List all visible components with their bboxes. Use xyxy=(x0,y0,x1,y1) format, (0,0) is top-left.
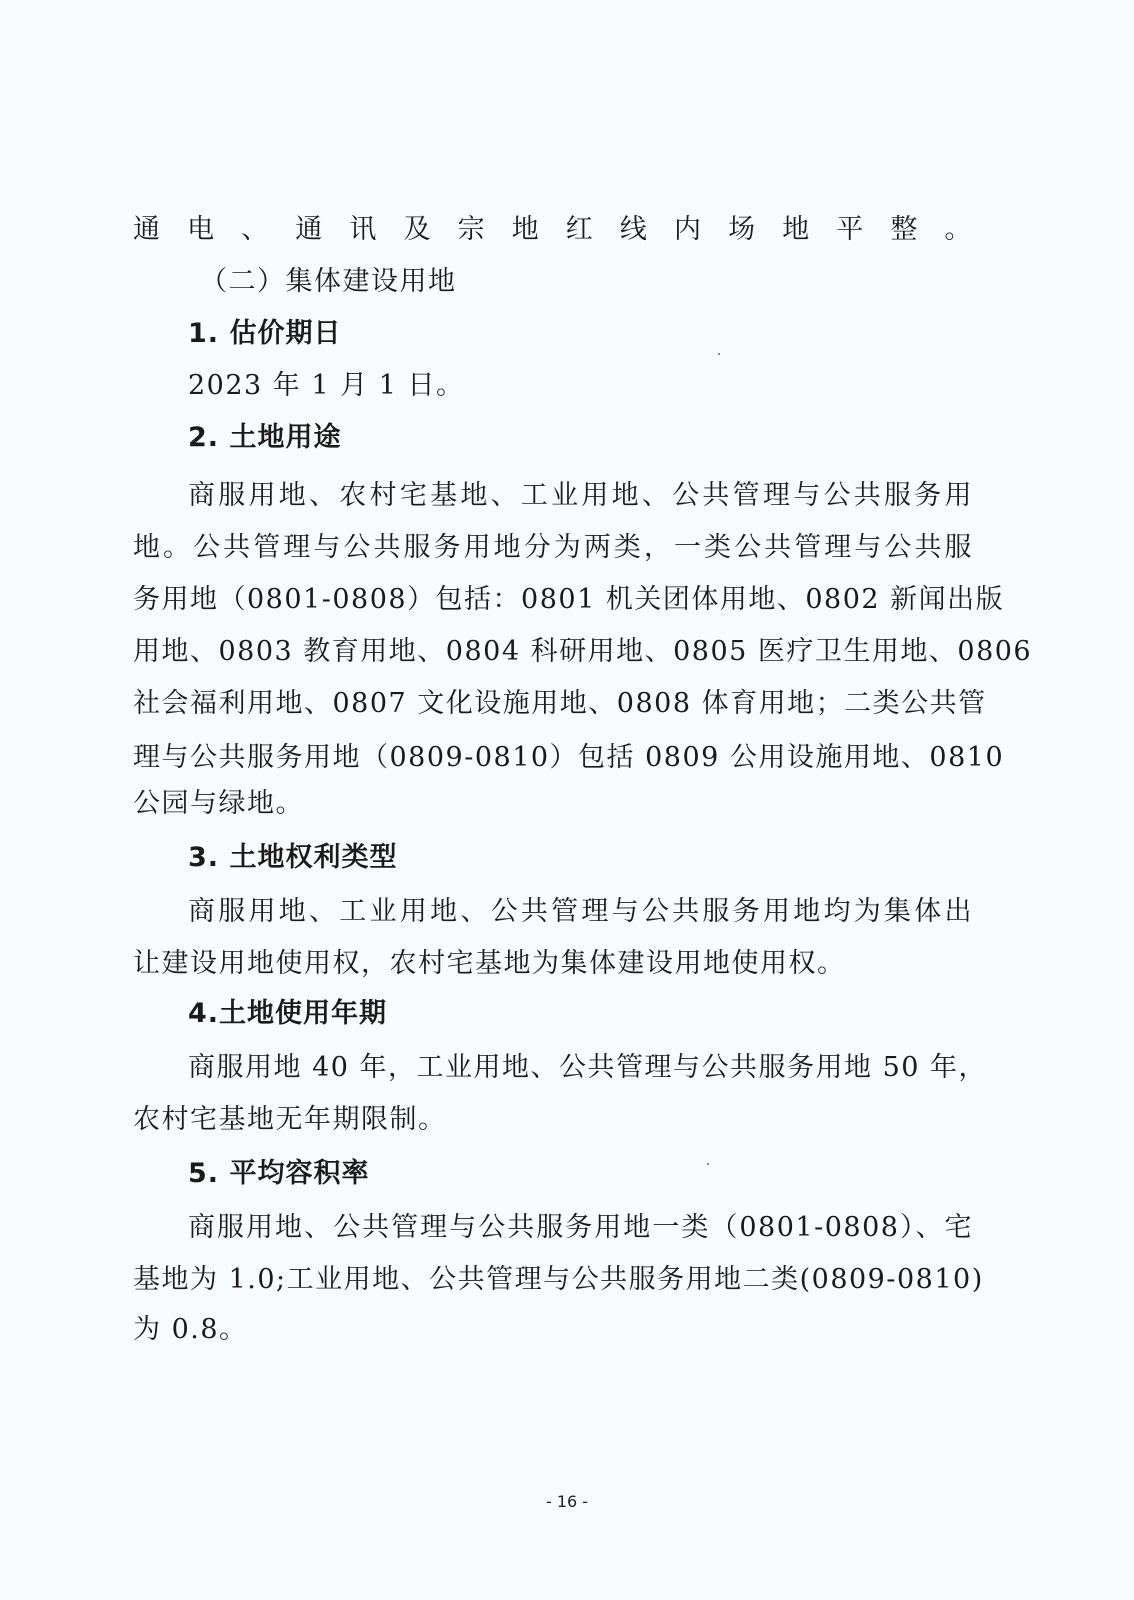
plot-ratio-paragraph-line-2: 基地为 1.0;工业用地、公共管理与公共服务用地二类(0809-0810) xyxy=(133,1262,973,1298)
land-rights-paragraph-line-1: 商服用地、工业用地、公共管理与公共服务用地均为集体出 xyxy=(188,894,973,930)
land-use-paragraph-line-5: 社会福利用地、0807 文化设施用地、0808 体育用地；二类公共管 xyxy=(133,686,973,722)
land-use-term-paragraph-line-2: 农村宅基地无年期限制。 xyxy=(133,1102,447,1138)
valuation-date-text: 2023 年 1 月 1 日。 xyxy=(188,368,464,404)
land-use-paragraph-line-7: 公园与绿地。 xyxy=(133,786,304,822)
heading-land-use-term: 4.土地使用年期 xyxy=(188,996,387,1032)
heading-land-use: 2. 土地用途 xyxy=(188,420,341,456)
heading-valuation-date: 1. 估价期日 xyxy=(188,316,341,352)
plot-ratio-paragraph-line-3: 为 0.8。 xyxy=(133,1312,248,1348)
section-heading-collective-land: （二）集体建设用地 xyxy=(200,264,1040,300)
document-page: 通电、通讯及宗地红线内场地平整。 （二）集体建设用地 1. 估价期日 2023 … xyxy=(0,0,1134,1600)
paragraph-continuation: 通电、通讯及宗地红线内场地平整。 xyxy=(133,212,973,248)
plot-ratio-paragraph-line-1: 商服用地、公共管理与公共服务用地一类（0801-0808）、宅 xyxy=(188,1210,973,1246)
heading-average-plot-ratio: 5. 平均容积率 xyxy=(188,1156,369,1192)
land-use-paragraph-line-6: 理与公共服务用地（0809-0810）包括 0809 公用设施用地、0810 xyxy=(133,740,973,776)
land-use-paragraph-line-3: 务用地（0801-0808）包括：0801 机关团体用地、0802 新闻出版 xyxy=(133,582,973,618)
land-use-term-paragraph-line-1: 商服用地 40 年，工业用地、公共管理与公共服务用地 50 年， xyxy=(188,1050,973,1086)
page-number: - 16 - xyxy=(0,1492,1134,1511)
scan-speck xyxy=(707,1163,709,1165)
land-use-paragraph-line-1: 商服用地、农村宅基地、工业用地、公共管理与公共服务用 xyxy=(188,478,973,514)
land-rights-paragraph-line-2: 让建设用地使用权，农村宅基地为集体建设用地使用权。 xyxy=(133,946,846,982)
land-use-paragraph-line-4: 用地、0803 教育用地、0804 科研用地、0805 医疗卫生用地、0806 xyxy=(133,634,973,670)
scan-speck xyxy=(718,353,720,355)
heading-land-rights-type: 3. 土地权利类型 xyxy=(188,840,397,876)
land-use-paragraph-line-2: 地。公共管理与公共服务用地分为两类，一类公共管理与公共服 xyxy=(133,530,973,566)
